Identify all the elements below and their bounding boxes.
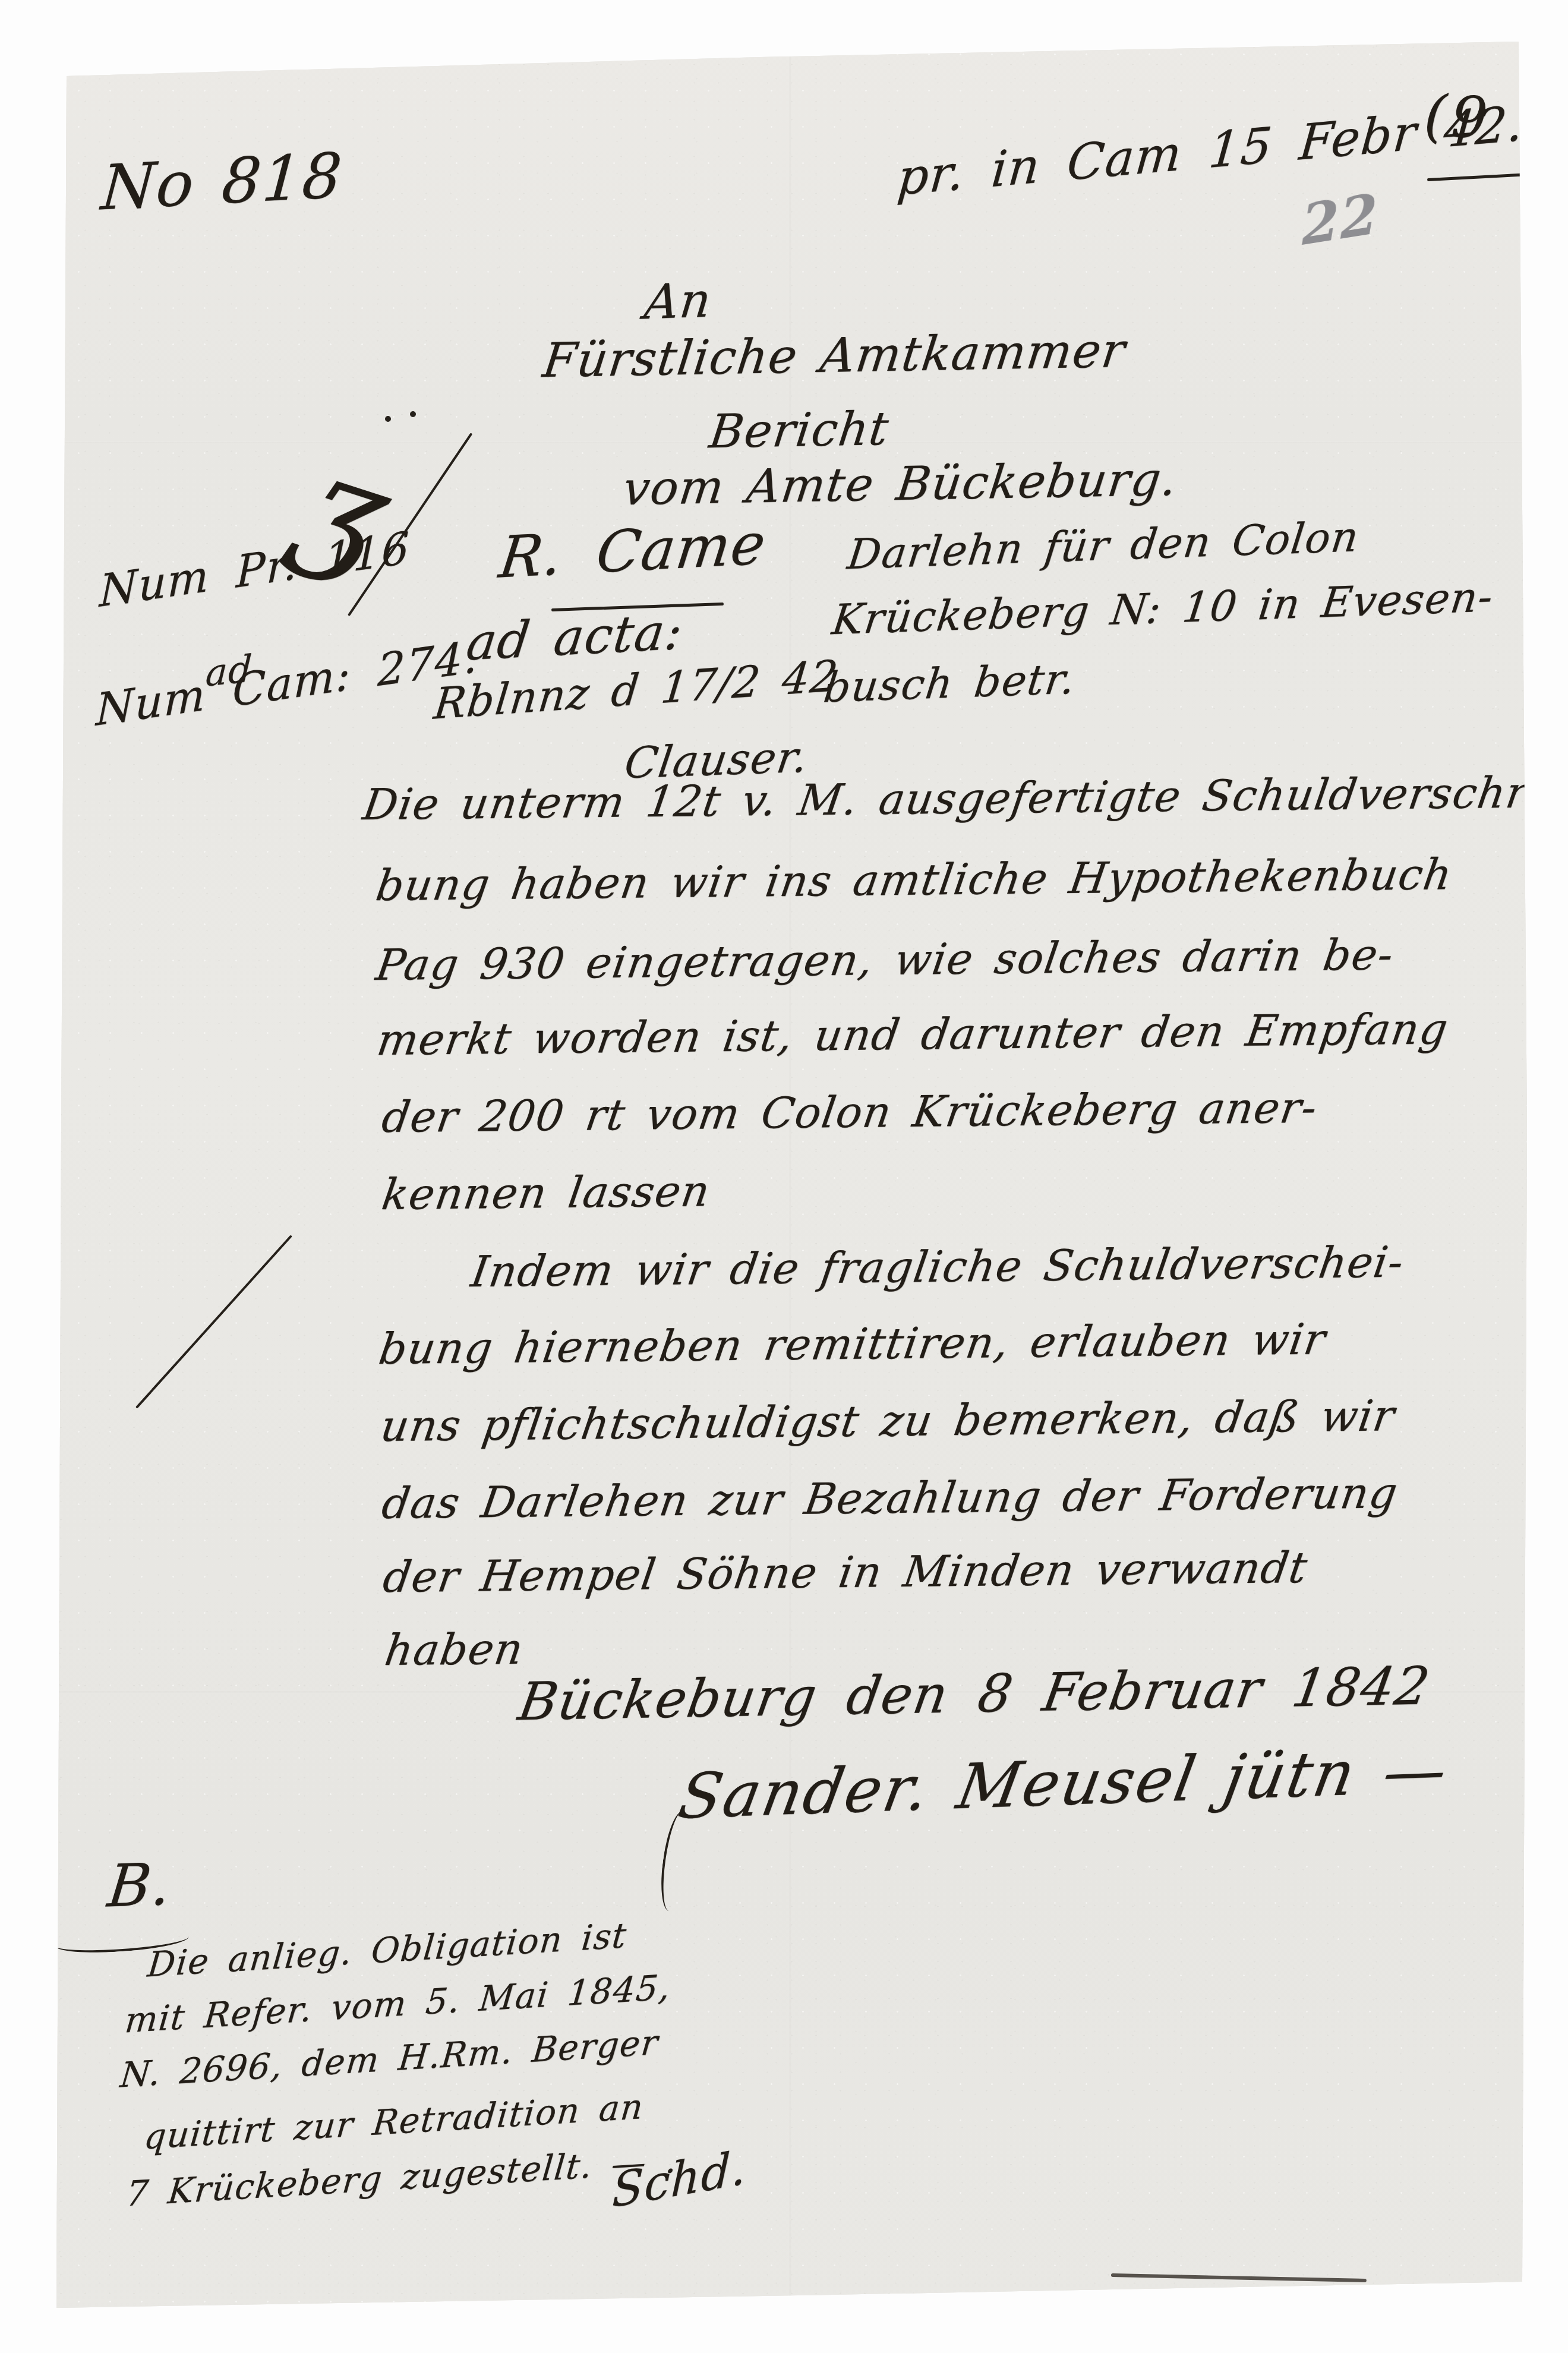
note-label: B. [105,1850,175,1920]
subject-line-3: busch betr. [821,654,1078,712]
body-p1-line-4: merkt worden ist, und darunter den Empfa… [374,1004,1452,1065]
signature-flourish-tail [656,1809,696,1913]
pencil-folio-number: 22 [1301,181,1379,258]
body-p2-line-5: der Hempel Söhne in Minden verwandt [380,1543,1311,1602]
address-line-bericht: Bericht [706,402,892,459]
address-line-amtkammer: Fürstliche Amtkammer [540,323,1129,388]
body-p1-line-3: Pag 930 eingetragen, wie solches darin b… [373,929,1397,990]
margin-file-mark-dot-right [410,411,416,417]
subject-line-2: Krückeberg N: 10 in Evesen- [829,572,1496,644]
registry-num-pr: Num Pr. 116 [99,522,410,618]
dateline: Bückeburg den 8 Februar 1842 [515,1655,1434,1732]
corner-page-number-underline [1427,173,1527,181]
corner-page-number: (9 [1422,82,1494,152]
document-number: No 818 [99,139,345,225]
body-p2-line-2: bung hierneben remittiren, erlauben wir [376,1314,1330,1374]
disposition-ad-acta: ad acta: [463,602,686,672]
subject-line-1: Darlehn für den Colon [845,512,1362,579]
registry-num-cam: Num Cam: 274. [95,631,478,736]
address-line-vom-amte: vom Amte Bückeburg. [620,453,1181,516]
paper-sheet: No 818 pr. in Cam 15 Febr 42. (9 22 An F… [0,0,1568,2353]
address-line-an: An [642,272,714,330]
body-p1-line-5: der 200 rt vom Colon Krückeberg aner- [379,1083,1321,1143]
body-p1-line-6: kennen lassen [379,1166,714,1219]
body-p1-line-2: bung haben wir ins amtliche Hypothekenbu… [373,849,1456,910]
body-p2-line-6: haben [382,1624,527,1676]
disposition-r-came: R. Came [496,510,770,591]
bottom-edge-ink-smudge [1111,2273,1367,2282]
body-p2-line-1: Indem wir die fragliche Schuldverschei- [468,1237,1408,1297]
body-p2-line-3: uns pflichtschuldigst zu bemerken, daß w… [378,1390,1399,1451]
scanned-letter-page: { "document": { "kind": "handwritten let… [0,0,1568,2353]
margin-file-mark-dot-left [385,416,391,422]
body-p1-line-1: Die unterm 12t v. M. ausgefertigte Schul… [360,767,1568,829]
margin-check-slash [135,1235,292,1409]
body-p2-line-4: das Darlehen zur Bezahlung der Forderung [379,1468,1402,1528]
